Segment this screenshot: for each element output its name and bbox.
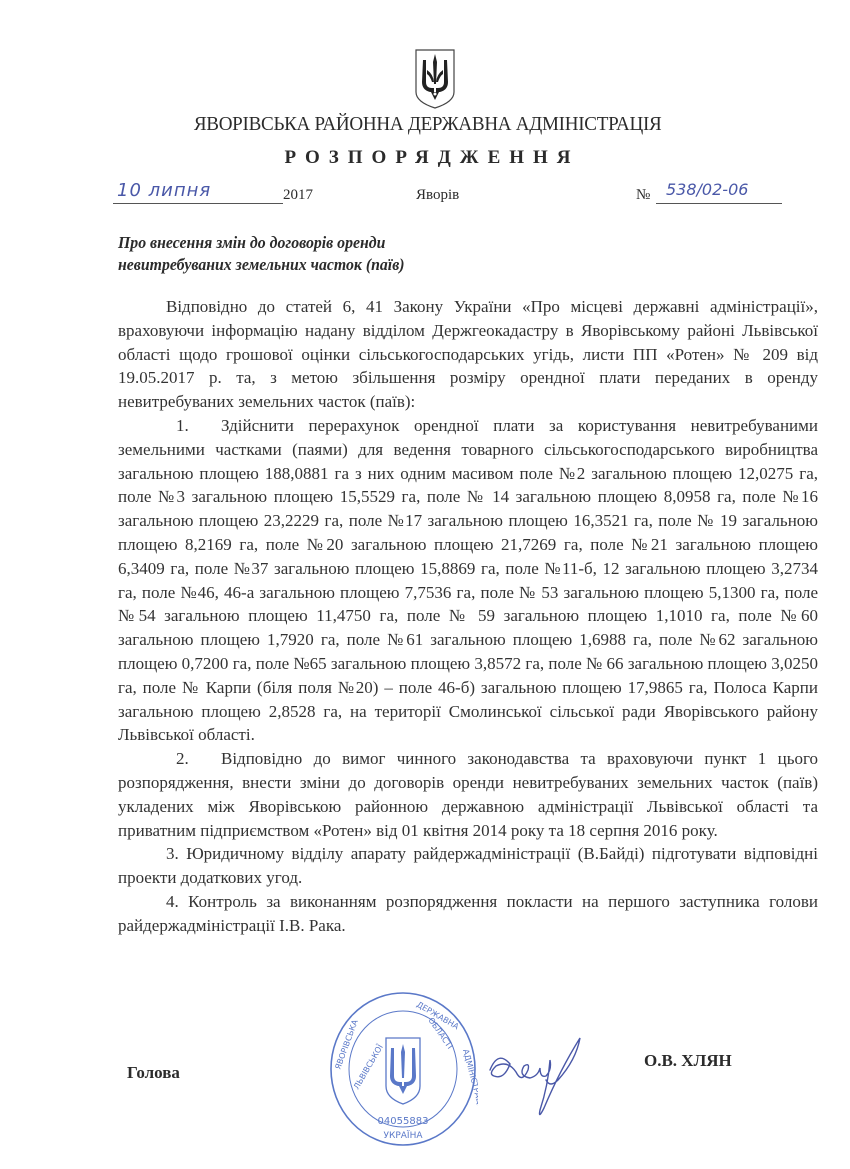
handwritten-document-number: 538/02-06 <box>656 180 782 204</box>
signatory-name: О.В. ХЛЯН <box>644 1051 732 1071</box>
item-number: 1. <box>176 414 221 438</box>
stamp-code: 04055883 <box>378 1116 429 1127</box>
date-year: 2017 <box>283 187 313 204</box>
subject-line-1: Про внесення змін до договорів оренди <box>118 232 405 254</box>
number-sign: № <box>636 187 650 204</box>
handwritten-date: 10 липня <box>113 180 283 204</box>
item-3: 3. Юридичному відділу апарату райдержадм… <box>118 842 818 890</box>
stamp-country: УКРАЇНА <box>383 1130 423 1141</box>
document-body: Відповідно до статей 6, 41 Закону Україн… <box>118 295 818 938</box>
subject-line-2: невитребуваних земельних часток (паїв) <box>118 254 405 276</box>
subject-heading: Про внесення змін до договорів оренди не… <box>118 232 405 276</box>
item-text: Здійснити перерахунок орендної плати за … <box>118 416 818 744</box>
item-1: 1.Здійснити перерахунок орендної плати з… <box>118 414 818 747</box>
item-2: 2.Відповідно до вимог чинного законодавс… <box>118 747 818 842</box>
city-name: Яворів <box>416 187 459 204</box>
item-number: 4. <box>166 892 179 911</box>
signature-row: Голова О.В. ХЛЯН <box>0 1063 850 1093</box>
preamble-paragraph: Відповідно до статей 6, 41 Закону Україн… <box>118 295 818 414</box>
item-number: 3. <box>166 844 179 863</box>
organization-name: ЯВОРІВСЬКА РАЙОННА ДЕРЖАВНА АДМІНІСТРАЦІ… <box>32 113 823 136</box>
date-number-row: 10 липня 2017 Яворів № 538/02-06 <box>0 180 850 210</box>
item-text: Контроль за виконанням розпорядження пок… <box>118 892 818 935</box>
item-4: 4. Контроль за виконанням розпорядження … <box>118 890 818 938</box>
document-type-title: РОЗПОРЯДЖЕННЯ <box>0 147 850 169</box>
item-text: Відповідно до вимог чинного законодавств… <box>118 749 818 839</box>
item-text: Юридичному відділу апарату райдержадміні… <box>118 844 818 887</box>
signatory-title: Голова <box>127 1063 180 1083</box>
trident-emblem-icon <box>414 48 456 110</box>
document-page: ЯВОРІВСЬКА РАЙОННА ДЕРЖАВНА АДМІНІСТРАЦІ… <box>0 0 850 1169</box>
item-number: 2. <box>176 747 221 771</box>
